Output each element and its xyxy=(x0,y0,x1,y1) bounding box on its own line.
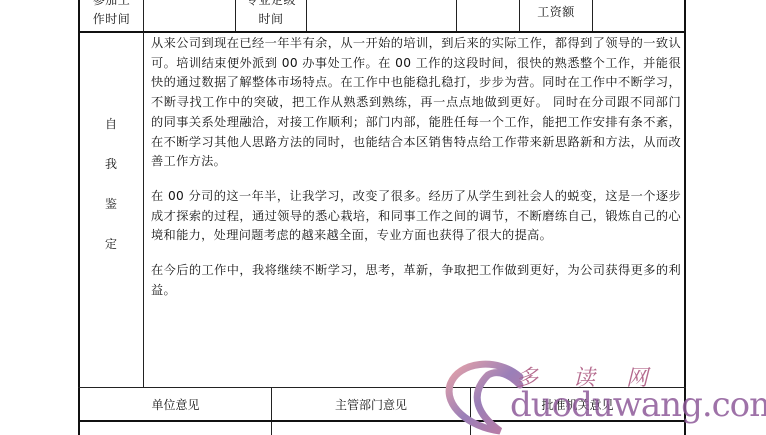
table-border-right xyxy=(684,0,686,435)
row-divider xyxy=(78,420,686,422)
unit-opinion-label: 单位意见 xyxy=(80,397,271,413)
row-divider xyxy=(78,31,686,33)
watermark-logo: 多 读 网 duoduwang.com xyxy=(438,355,766,435)
salary-amount-label: 工资额 xyxy=(520,4,592,20)
label-line: 参加工 xyxy=(80,0,143,8)
self-evaluation-label-char: 鉴 xyxy=(78,196,144,212)
approval-authority-opinion-label: 批准机关意见 xyxy=(471,397,684,413)
swirl-logo-icon xyxy=(438,355,528,435)
col-divider xyxy=(143,0,144,32)
paragraph: 从来公司到现在已经一年半有余，从一开始的培训，到后来的实际工作，都得到了领导的一… xyxy=(151,34,681,172)
professional-grade-time-label: 专业定级 时间 xyxy=(236,0,306,27)
col-divider xyxy=(456,0,457,32)
row-divider xyxy=(78,387,686,388)
self-evaluation-label-char: 自 xyxy=(78,116,144,132)
label-line: 专业定级 xyxy=(236,0,306,8)
table-border-left xyxy=(78,0,80,435)
label-line: 时间 xyxy=(236,11,306,27)
appraisal-form-page: 参加工 作时间 专业定级 时间 工资额 自 我 鉴 定 从来公司到现在已经一年半… xyxy=(0,0,766,435)
col-divider xyxy=(592,0,593,32)
work-start-time-label: 参加工 作时间 xyxy=(80,0,143,27)
self-evaluation-label-char: 定 xyxy=(78,236,144,252)
col-divider xyxy=(306,0,307,32)
self-evaluation-label-char: 我 xyxy=(78,156,144,172)
self-evaluation-text: 从来公司到现在已经一年半有余，从一开始的培训，到后来的实际工作，都得到了领导的一… xyxy=(151,34,681,300)
supervisor-dept-opinion-label: 主管部门意见 xyxy=(272,397,470,413)
paragraph: 在今后的工作中，我将继续不断学习，思考，革新，争取把工作做到更好，为公司获得更多… xyxy=(151,261,681,300)
paragraph: 在 00 分司的这一年半，让我学习，改变了很多。经历了从学生到社会人的蜕变，这是… xyxy=(151,187,681,246)
label-line: 作时间 xyxy=(80,11,143,27)
